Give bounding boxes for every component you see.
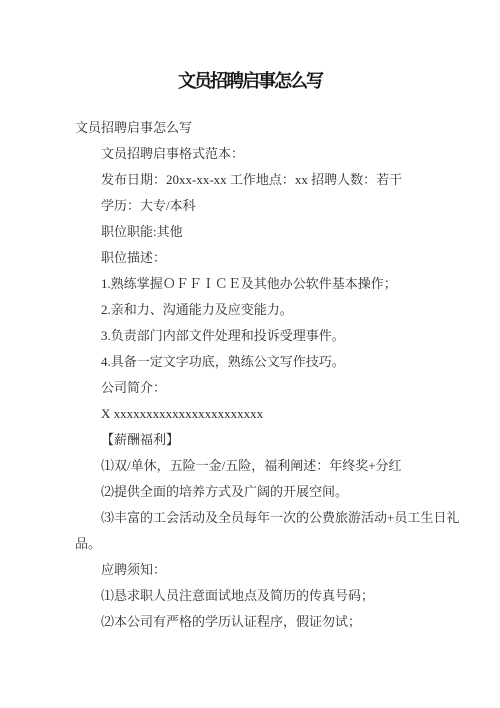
page-title: 文员招聘启事怎么写: [0, 0, 500, 93]
document-page: 文员招聘启事怎么写 文员招聘启事怎么写 文员招聘启事格式范本： 发布日期：20x…: [0, 0, 500, 708]
paragraph-duty-4: 4.具备一定文字功底，熟练公文写作技巧。: [75, 349, 465, 375]
document-body: 文员招聘启事怎么写 文员招聘启事格式范本： 发布日期：20xx-xx-xx 工作…: [75, 115, 465, 635]
paragraph-duty-2: 2.亲和力、沟通能力及应变能力。: [75, 297, 465, 323]
paragraph-company-intro-label: 公司简介：: [75, 375, 465, 401]
paragraph-notice-label: 应聘须知：: [75, 557, 465, 583]
paragraph-duty-3: 3.负责部门内部文件处理和投诉受理事件。: [75, 323, 465, 349]
paragraph-notice-2: ⑵本公司有严格的学历认证程序，假证勿试；: [75, 609, 465, 635]
paragraph-notice-1: ⑴恳求职人员注意面试地点及简历的传真号码；: [75, 583, 465, 609]
paragraph-benefit-3: ⑶丰富的工会活动及全员每年一次的公费旅游活动+员工生日礼品。: [75, 505, 465, 557]
paragraph-heading-repeat: 文员招聘启事怎么写: [75, 115, 465, 141]
paragraph-company-intro-placeholder: X xxxxxxxxxxxxxxxxxxxxxxx: [75, 401, 465, 427]
paragraph-format-sample: 文员招聘启事格式范本：: [75, 141, 465, 167]
paragraph-publish-info: 发布日期：20xx-xx-xx 工作地点：xx 招聘人数：若干: [75, 167, 465, 193]
paragraph-education: 学历：大专/本科: [75, 193, 465, 219]
paragraph-job-function: 职位职能:其他: [75, 219, 465, 245]
paragraph-benefits-heading: 【薪酬福利】: [75, 427, 465, 453]
paragraph-duty-1: 1.熟练掌握ＯＦＦＩＣＥ及其他办公软件基本操作；: [75, 271, 465, 297]
paragraph-job-description-label: 职位描述：: [75, 245, 465, 271]
paragraph-benefit-1: ⑴双/单休，五险一金/五险，福利阐述：年终奖+分红: [75, 453, 465, 479]
paragraph-benefit-2: ⑵提供全面的培养方式及广阔的开展空间。: [75, 479, 465, 505]
